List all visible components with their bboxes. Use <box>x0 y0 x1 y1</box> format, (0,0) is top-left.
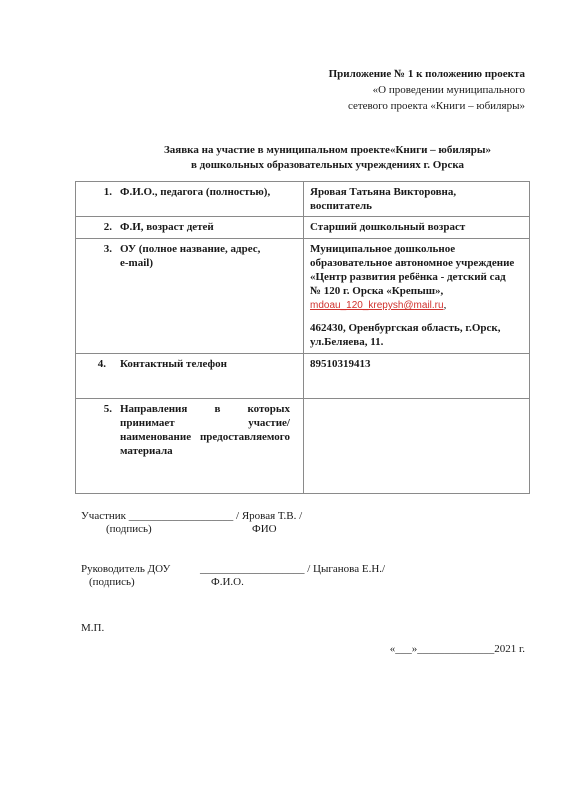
participant-name: / Яровая Т.В. / <box>236 510 302 522</box>
head-name-caption: Ф.И.О. <box>211 575 244 589</box>
participant-name-caption: ФИО <box>252 522 277 536</box>
row-number: 4. <box>82 357 120 371</box>
field-value: «Центр развития ребёнка - детский сад <box>310 270 523 284</box>
field-value: Яровая Татьяна Викторовна, <box>310 185 523 199</box>
annex-subheading-2: сетевого проекта «Книги – юбиляры» <box>348 98 525 114</box>
field-value: Старший дошкольный возраст <box>310 220 523 234</box>
field-label: Направления в которых принимает участие/… <box>120 402 290 458</box>
date-line[interactable]: «___»______________2021 г. <box>390 642 525 656</box>
row-number: 2. <box>82 220 120 234</box>
signature-blank[interactable]: ___________________ <box>129 510 234 522</box>
table-row: 3.ОУ (полное название, адрес, e-mail) Му… <box>76 239 530 354</box>
head-signature-line: ___________________ / Цыганова Е.Н./ <box>200 562 385 576</box>
row-number: 5. <box>82 402 120 416</box>
field-label: Ф.И, возраст детей <box>120 220 290 234</box>
participant-signature-line: Участник ___________________ / Яровая Т.… <box>81 509 302 523</box>
address-line: ул.Беляева, 11. <box>310 335 523 349</box>
field-label-cell: 4.Контактный телефон <box>76 354 304 399</box>
participant-label: Участник <box>81 510 126 522</box>
annex-subheading-1: «О проведении муниципального <box>373 82 525 98</box>
address-line: 462430, Оренбургская область, г.Орск, <box>310 321 523 335</box>
email-suffix: , <box>444 299 447 311</box>
field-value-cell[interactable]: Муниципальное дошкольное образовательное… <box>304 239 530 354</box>
field-label: ОУ (полное название, адрес, e-mail) <box>120 242 270 270</box>
participant-sign-caption: (подпись) <box>106 522 152 536</box>
row-number: 1. <box>82 185 120 199</box>
field-value: № 120 г. Орска «Крепыш», <box>310 284 523 298</box>
field-label: Контактный телефон <box>120 357 290 371</box>
head-name: / Цыганова Е.Н./ <box>307 563 385 575</box>
stamp-placeholder: М.П. <box>81 621 104 635</box>
row-number: 3. <box>82 242 120 256</box>
head-sign-caption: (подпись) <box>89 575 135 589</box>
table-row: 5.Направления в которых принимает участи… <box>76 399 530 494</box>
field-value-cell[interactable] <box>304 399 530 494</box>
table-row: 4.Контактный телефон 89510319413 <box>76 354 530 399</box>
head-label: Руководитель ДОУ <box>81 562 170 576</box>
document-title: Заявка на участие в муниципальном проект… <box>0 143 565 158</box>
field-value: Муниципальное дошкольное <box>310 242 523 256</box>
field-value-cell[interactable]: Старший дошкольный возраст <box>304 217 530 239</box>
field-label-cell: 2.Ф.И, возраст детей <box>76 217 304 239</box>
document-subtitle: в дошкольных образовательных учреждениях… <box>0 158 565 173</box>
table-row: 1.Ф.И.О., педагога (полностью), Яровая Т… <box>76 182 530 217</box>
signature-blank[interactable]: ___________________ <box>200 563 305 575</box>
field-label: Ф.И.О., педагога (полностью), <box>120 185 290 199</box>
field-label-cell: 1.Ф.И.О., педагога (полностью), <box>76 182 304 217</box>
field-value: воспитатель <box>310 199 523 213</box>
field-label-cell: 5.Направления в которых принимает участи… <box>76 399 304 494</box>
table-row: 2.Ф.И, возраст детей Старший дошкольный … <box>76 217 530 239</box>
application-table: 1.Ф.И.О., педагога (полностью), Яровая Т… <box>75 181 530 494</box>
field-value: образовательное автономное учреждение <box>310 256 523 270</box>
annex-heading: Приложение № 1 к положению проекта <box>329 66 525 82</box>
field-value: 89510319413 <box>310 357 523 371</box>
email-link[interactable]: mdoau_120_krepysh@mail.ru <box>310 300 444 311</box>
field-label-cell: 3.ОУ (полное название, адрес, e-mail) <box>76 239 304 354</box>
field-value-cell[interactable]: 89510319413 <box>304 354 530 399</box>
field-value-cell[interactable]: Яровая Татьяна Викторовна, воспитатель <box>304 182 530 217</box>
